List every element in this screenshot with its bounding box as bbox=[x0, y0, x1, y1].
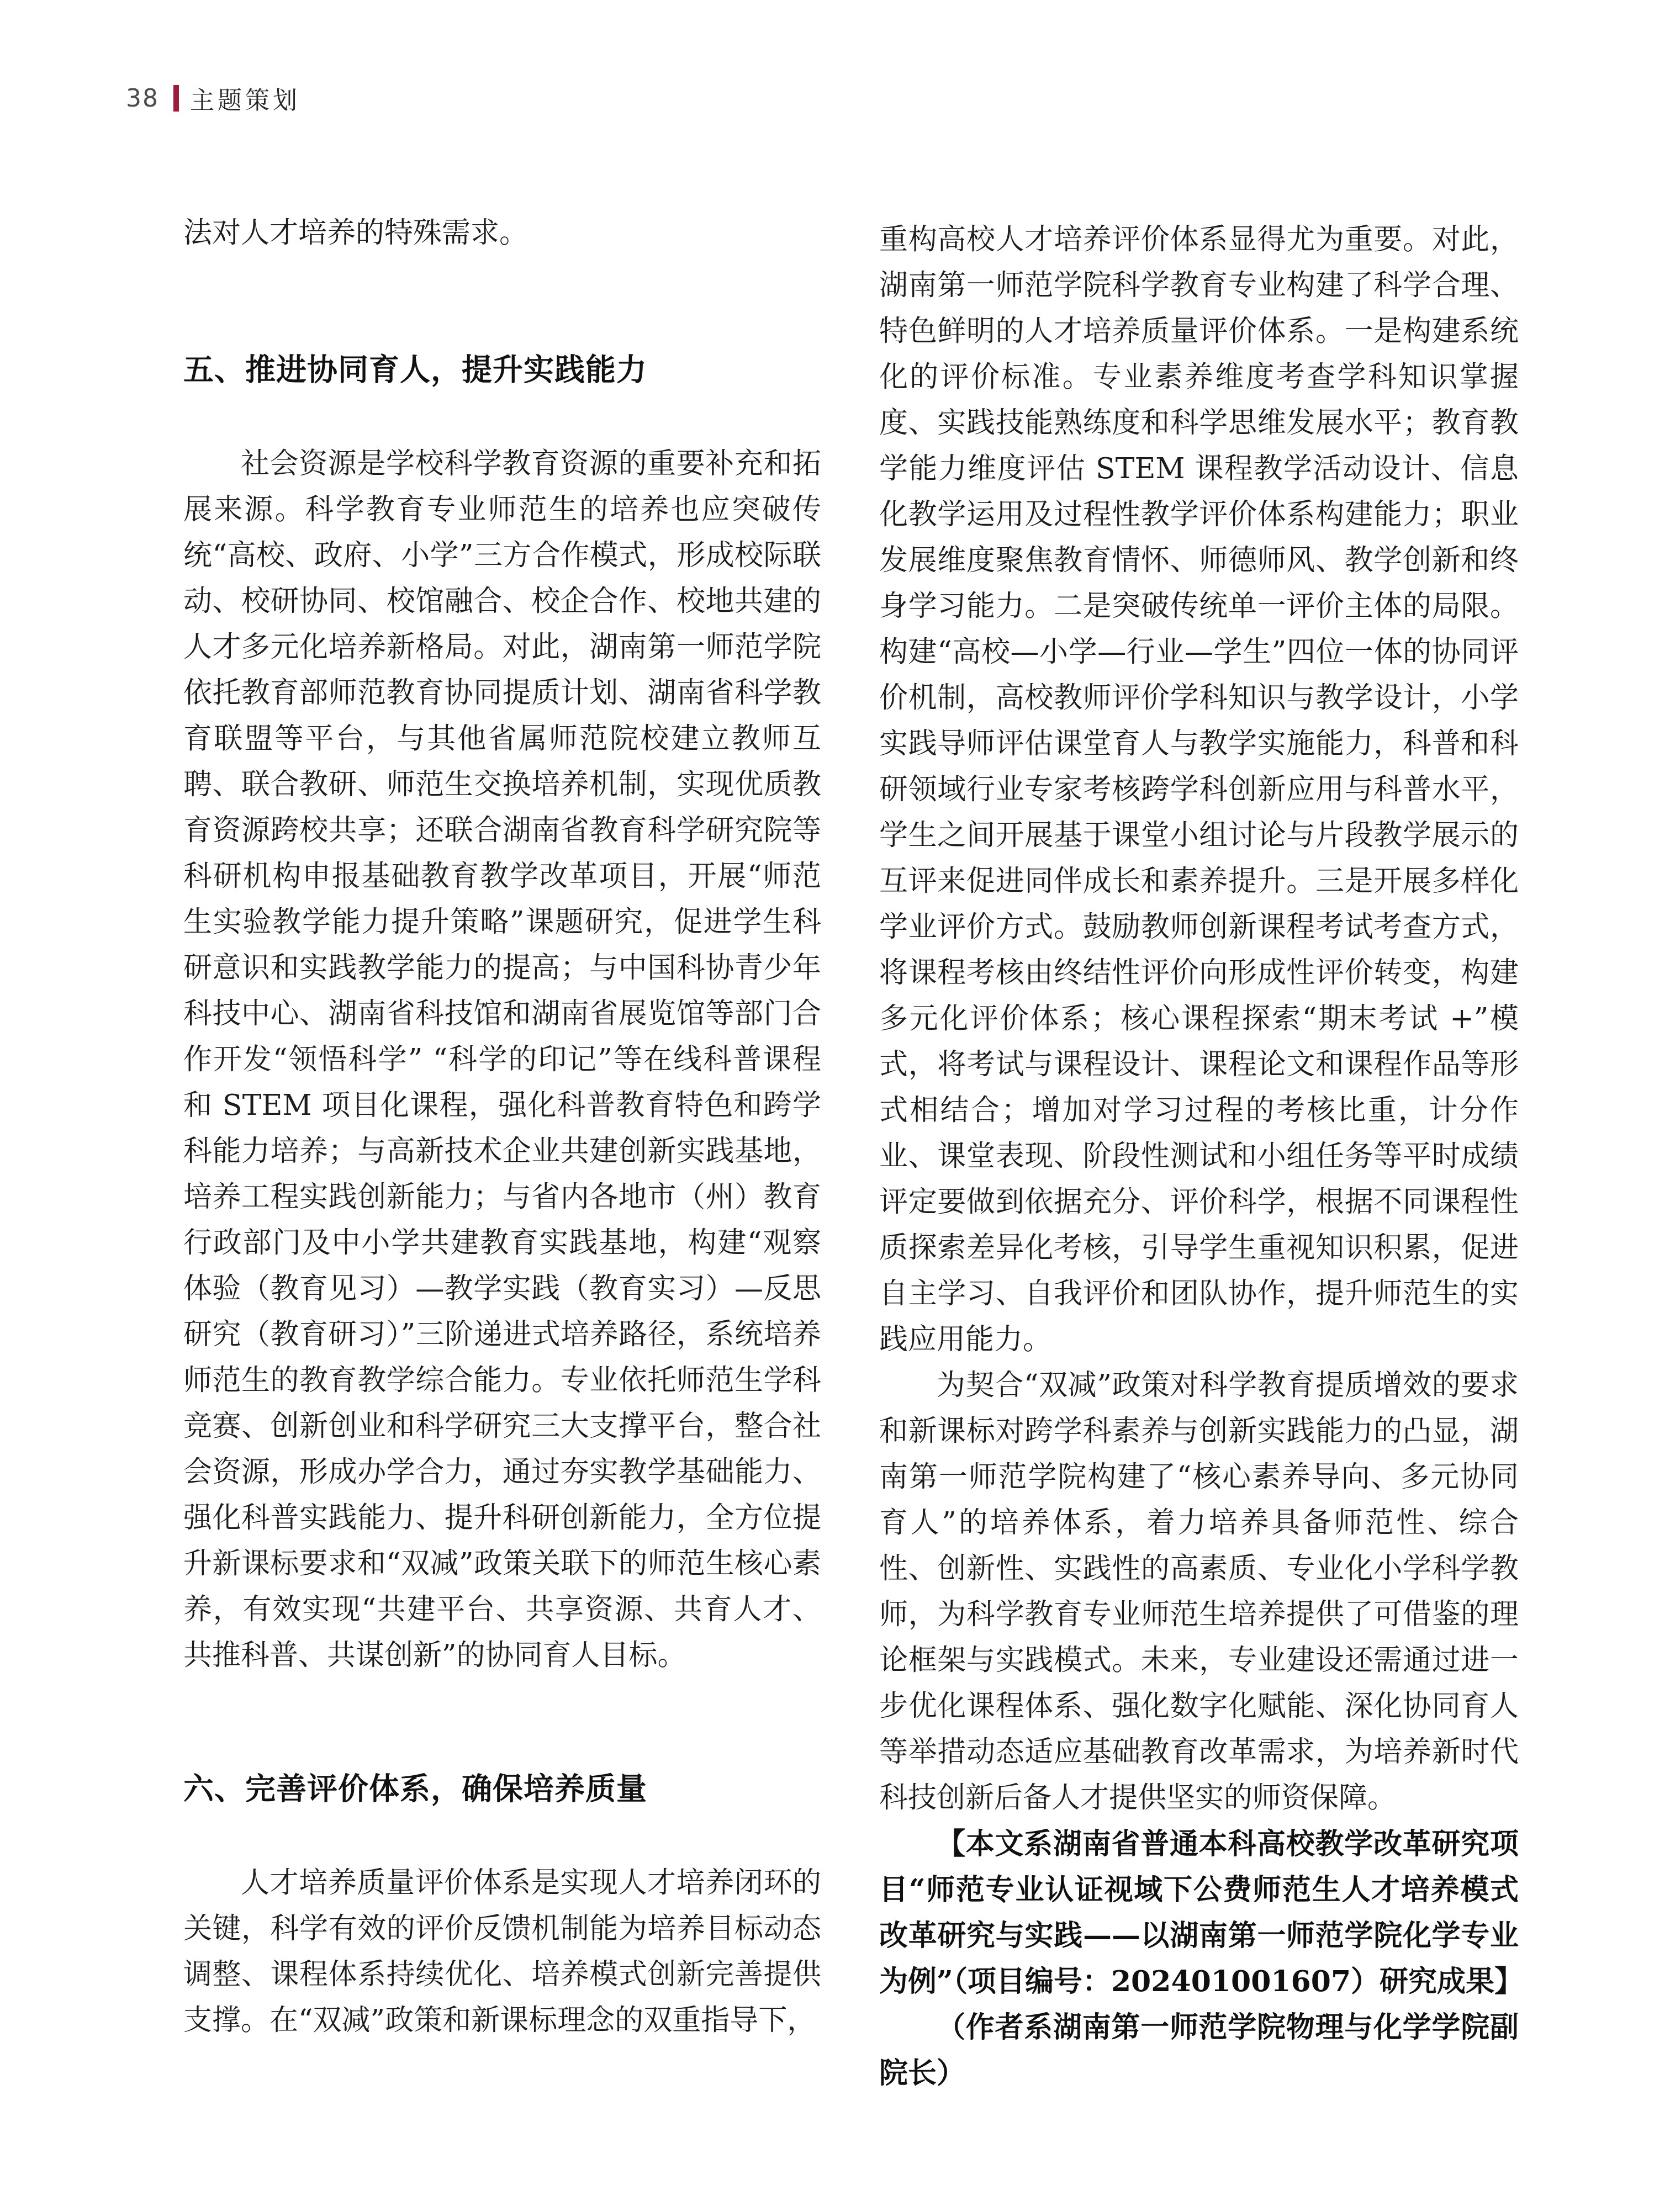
right-column-flow: 重构高校人才培养评价体系显得尤为重要。对此，湖南第一师范学院科学教育专业构建了科… bbox=[879, 217, 1519, 2096]
funding-note: 【本文系湖南省普通本科高校教学改革研究项目“师范专业认证视域下公费师范生人才培养… bbox=[879, 1821, 1519, 2004]
section-six-heading: 六、完善评价体系，确保培养质量 bbox=[183, 1769, 821, 1808]
section-five-heading: 五、推进协同育人，提升实践能力 bbox=[183, 350, 821, 389]
section-five-paragraph: 社会资源是学校科学教育资源的重要补充和拓展来源。科学教育专业师范生的培养也应突破… bbox=[183, 441, 821, 1679]
continuation-line: 法对人才培养的特殊需求。 bbox=[183, 210, 821, 256]
summary-paragraph: 为契合“双减”政策对科学教育提质增效的要求和新课标对跨学科素养与创新实践能力的凸… bbox=[879, 1363, 1519, 1821]
section-divider-bar bbox=[173, 85, 179, 112]
evaluation-paragraph: 重构高校人才培养评价体系显得尤为重要。对此，湖南第一师范学院科学教育专业构建了科… bbox=[879, 217, 1519, 1363]
document-page: 38 主题策划 法对人才培养的特殊需求。 五、推进协同育人，提升实践能力 社会资… bbox=[0, 0, 1670, 2212]
section-six-paragraph: 人才培养质量评价体系是实现人才培养闭环的关键，科学有效的评价反馈机制能为培养目标… bbox=[183, 1860, 821, 2044]
running-header: 38 主题策划 bbox=[126, 81, 300, 116]
author-note: （作者系湖南第一师范学院物理与化学学院副院长） bbox=[879, 2004, 1519, 2096]
section-title: 主题策划 bbox=[190, 81, 300, 116]
page-number: 38 bbox=[126, 84, 159, 113]
